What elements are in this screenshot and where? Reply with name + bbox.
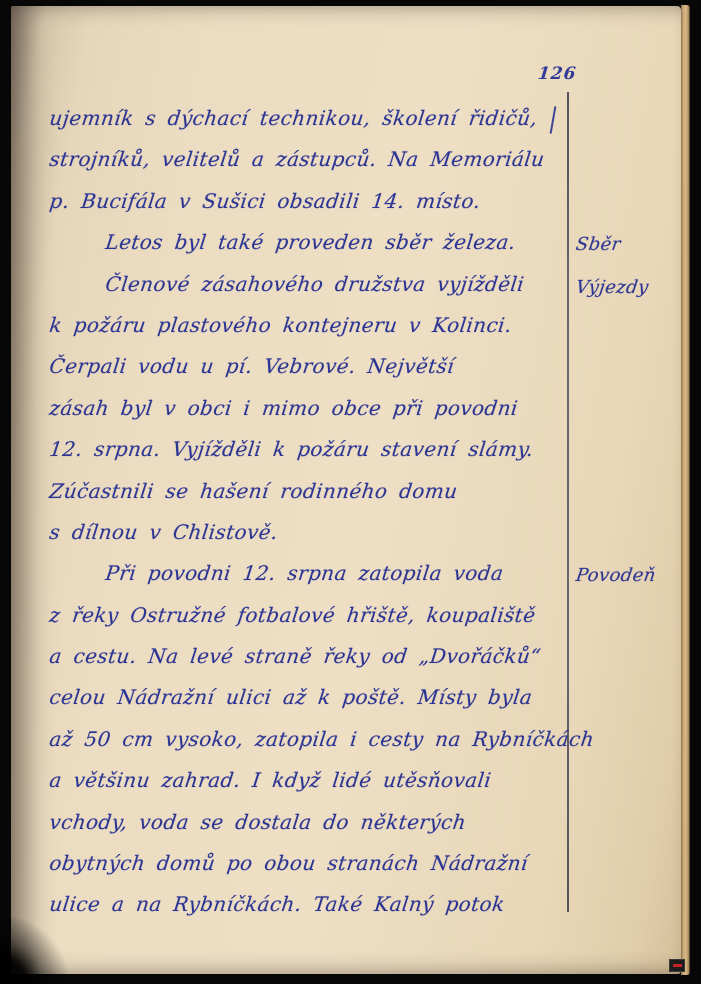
handwritten-line: a cestu. Na levé straně řeky od „Dvořáčk… [47,636,567,677]
handwritten-line: Čerpali vodu u pí. Vebrové. Největší [47,346,567,387]
scanned-photo: 126 ujemník s dýchací technikou, školení… [0,0,701,984]
handwritten-text-block: ujemník s dýchací technikou, školení řid… [47,98,562,926]
handwritten-line: 12. srpna. Vyjížděli k požáru stavení sl… [47,429,567,470]
margin-note-sber: Sběr [573,224,701,265]
handwritten-line: celou Nádražní ulici až k poště. Místy b… [47,677,567,718]
handwritten-line: zásah byl v obci i mimo obce při povodni [47,388,567,429]
handwritten-line: z řeky Ostružné fotbalové hřiště, koupal… [47,595,567,636]
handwritten-line: k požáru plastového kontejneru v Kolinci… [47,305,567,346]
handwritten-line: ulice a na Rybníčkách. Také Kalný potok [47,884,567,925]
handwritten-line: s dílnou v Chlistově. [47,512,567,553]
handwritten-line: Letos byl také proveden sběr železa. [47,222,567,263]
chronicle-page: 126 ujemník s dýchací technikou, školení… [11,6,681,974]
handwritten-line: obytných domů po obou stranách Nádražní [47,843,567,884]
handwritten-line: a většinu zahrad. I když lidé utěsňovali [47,760,567,801]
handwritten-line: až 50 cm vysoko, zatopila i cesty na Ryb… [47,719,567,760]
handwritten-line: ujemník s dýchací technikou, školení řid… [47,98,567,139]
handwritten-line: Členové zásahového družstva vyjížděli [47,264,567,305]
margin-note-vyjezdy: Výjezdy [573,267,701,308]
handwritten-line: Zúčastnili se hašení rodinného domu [47,471,567,512]
margin-rule-line [567,92,569,912]
page-number: 126 [537,64,578,84]
watermark-icon [669,959,685,972]
handwritten-line: p. Bucifála v Sušici obsadili 14. místo. [47,181,567,222]
handwritten-line: vchody, voda se dostala do některých [47,802,567,843]
margin-note-povoden: Povodeň [573,555,701,596]
book-fore-edge [681,5,690,975]
handwritten-line: strojníků, velitelů a zástupců. Na Memor… [47,139,567,180]
handwritten-line: Při povodni 12. srpna zatopila voda [47,553,567,594]
